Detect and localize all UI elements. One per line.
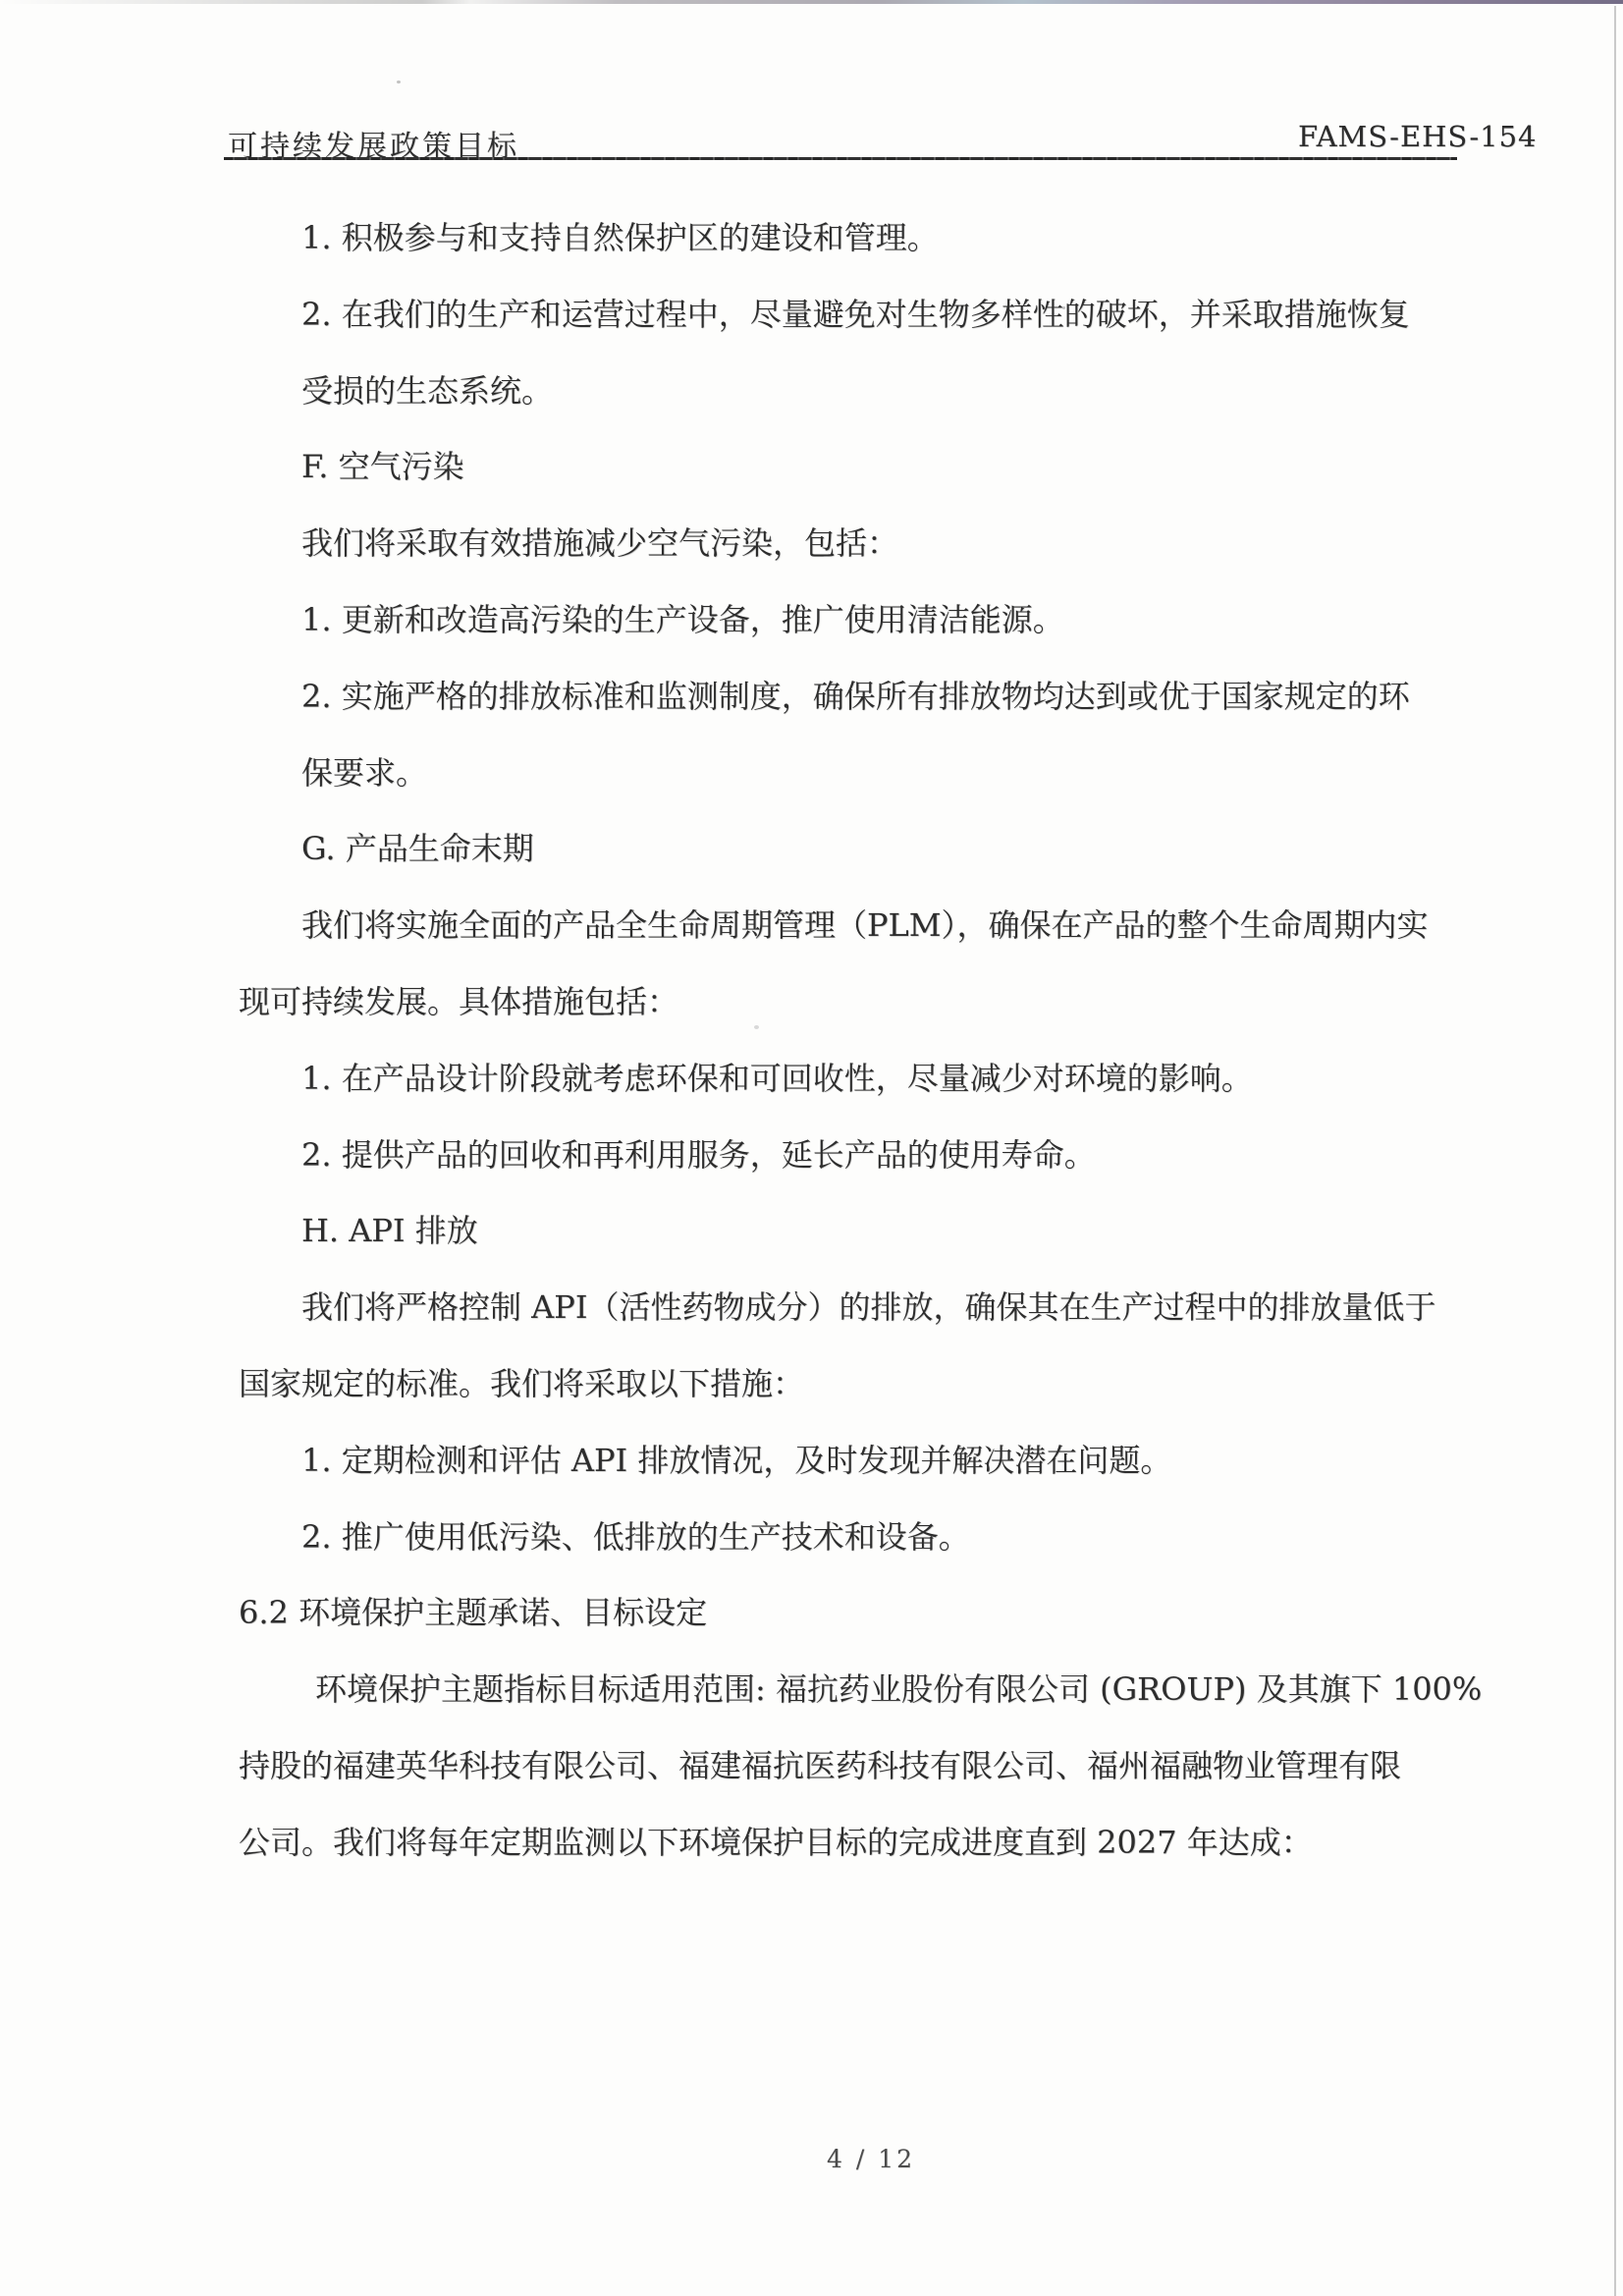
section-heading: F. 空气污染 <box>239 429 1505 506</box>
text-line: 现可持续发展。具体措施包括： <box>239 964 1505 1041</box>
section-heading: H. API 排放 <box>239 1193 1505 1270</box>
scan-edge-artifact-top <box>0 0 1623 4</box>
scan-edge-artifact-right <box>1614 6 1616 2296</box>
header-rule <box>224 157 1457 160</box>
text-line: 受损的生态系统。 <box>239 354 1505 430</box>
document-body: 1. 积极参与和支持自然保护区的建设和管理。 2. 在我们的生产和运营过程中，尽… <box>239 200 1505 1882</box>
scan-speck <box>397 81 401 83</box>
text-line: 1. 在产品设计阶段就考虑环保和可回收性，尽量减少对环境的影响。 <box>239 1041 1505 1118</box>
text-line: 2. 在我们的生产和运营过程中，尽量避免对生物多样性的破坏，并采取措施恢复 <box>239 277 1505 354</box>
text-line: 2. 实施严格的排放标准和监测制度，确保所有排放物均达到或优于国家规定的环 <box>239 659 1505 736</box>
document-header-code: FAMS-EHS-154 <box>1298 120 1538 153</box>
section-heading: G. 产品生命末期 <box>239 811 1505 888</box>
text-line: 环境保护主题指标目标适用范围: 福抗药业股份有限公司 (GROUP) 及其旗下 … <box>239 1652 1505 1728</box>
scanned-document-page: 可持续发展政策目标 FAMS-EHS-154 1. 积极参与和支持自然保护区的建… <box>0 0 1623 2296</box>
page-number: 4 / 12 <box>827 2145 915 2173</box>
text-line: 1. 更新和改造高污染的生产设备，推广使用清洁能源。 <box>239 582 1505 659</box>
text-line: 公司。我们将每年定期监测以下环境保护目标的完成进度直到 2027 年达成： <box>239 1805 1505 1882</box>
text-line: 国家规定的标准。我们将采取以下措施： <box>239 1346 1505 1423</box>
text-line: 我们将严格控制 API（活性药物成分）的排放，确保其在生产过程中的排放量低于 <box>239 1270 1505 1346</box>
text-line: 持股的福建英华科技有限公司、福建福抗医药科技有限公司、福州福融物业管理有限 <box>239 1728 1505 1805</box>
text-line: 2. 提供产品的回收和再利用服务，延长产品的使用寿命。 <box>239 1118 1505 1194</box>
text-line: 保要求。 <box>239 736 1505 812</box>
section-heading: 6.2 环境保护主题承诺、目标设定 <box>239 1575 1505 1652</box>
text-line: 我们将采取有效措施减少空气污染，包括： <box>239 506 1505 582</box>
text-line: 2. 推广使用低污染、低排放的生产技术和设备。 <box>239 1500 1505 1576</box>
text-line: 1. 积极参与和支持自然保护区的建设和管理。 <box>239 200 1505 277</box>
text-line: 1. 定期检测和评估 API 排放情况，及时发现并解决潜在问题。 <box>239 1423 1505 1500</box>
text-line: 我们将实施全面的产品全生命周期管理（PLM），确保在产品的整个生命周期内实 <box>239 888 1505 964</box>
